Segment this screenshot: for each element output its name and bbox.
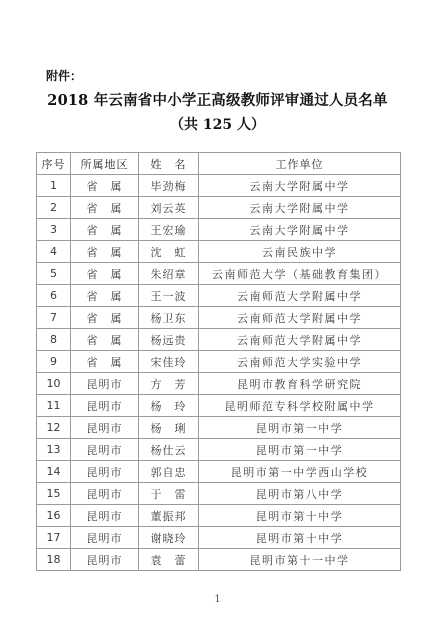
cell-name: 宋佳玲 bbox=[139, 351, 199, 373]
table-row: 15昆明市于 雷昆明市第八中学 bbox=[37, 483, 401, 505]
cell-work-unit: 昆明市第一中学西山学校 bbox=[199, 461, 401, 483]
cell-name: 郭自忠 bbox=[139, 461, 199, 483]
cell-name: 朱绍章 bbox=[139, 263, 199, 285]
cell-region: 省 属 bbox=[71, 329, 139, 351]
header-work-unit: 工作单位 bbox=[199, 153, 401, 175]
table-row: 14昆明市郭自忠昆明市第一中学西山学校 bbox=[37, 461, 401, 483]
cell-serial-number: 6 bbox=[37, 285, 71, 307]
cell-region: 省 属 bbox=[71, 263, 139, 285]
cell-serial-number: 3 bbox=[37, 219, 71, 241]
cell-region: 昆明市 bbox=[71, 373, 139, 395]
cell-name: 方 芳 bbox=[139, 373, 199, 395]
page-number: 1 bbox=[0, 594, 435, 605]
cell-work-unit: 云南大学附属中学 bbox=[199, 197, 401, 219]
cell-work-unit: 云南大学附属中学 bbox=[199, 219, 401, 241]
cell-serial-number: 4 bbox=[37, 241, 71, 263]
cell-serial-number: 18 bbox=[37, 549, 71, 571]
cell-serial-number: 2 bbox=[37, 197, 71, 219]
table-row: 18昆明市袁 蕾昆明市第十一中学 bbox=[37, 549, 401, 571]
cell-region: 昆明市 bbox=[71, 549, 139, 571]
table-row: 9省 属宋佳玲云南师范大学实验中学 bbox=[37, 351, 401, 373]
cell-work-unit: 云南师范大学（基础教育集团） bbox=[199, 263, 401, 285]
cell-region: 昆明市 bbox=[71, 395, 139, 417]
cell-serial-number: 12 bbox=[37, 417, 71, 439]
cell-name: 杨 琍 bbox=[139, 417, 199, 439]
cell-serial-number: 8 bbox=[37, 329, 71, 351]
cell-name: 谢晓玲 bbox=[139, 527, 199, 549]
cell-name: 王一波 bbox=[139, 285, 199, 307]
cell-serial-number: 11 bbox=[37, 395, 71, 417]
table-row: 2省 属刘云英云南大学附属中学 bbox=[37, 197, 401, 219]
cell-name: 于 雷 bbox=[139, 483, 199, 505]
cell-serial-number: 10 bbox=[37, 373, 71, 395]
cell-region: 昆明市 bbox=[71, 439, 139, 461]
table-header-row: 序号 所属地区 姓 名 工作单位 bbox=[37, 153, 401, 175]
cell-work-unit: 云南师范大学附属中学 bbox=[199, 307, 401, 329]
cell-region: 省 属 bbox=[71, 307, 139, 329]
cell-serial-number: 1 bbox=[37, 175, 71, 197]
table-row: 3省 属王宏瑜云南大学附属中学 bbox=[37, 219, 401, 241]
table-row: 4省 属沈 虹云南民族中学 bbox=[37, 241, 401, 263]
cell-work-unit: 云南民族中学 bbox=[199, 241, 401, 263]
cell-serial-number: 9 bbox=[37, 351, 71, 373]
cell-name: 董振邦 bbox=[139, 505, 199, 527]
cell-serial-number: 16 bbox=[37, 505, 71, 527]
cell-work-unit: 云南师范大学附属中学 bbox=[199, 285, 401, 307]
attachment-label: 附件： bbox=[46, 67, 82, 84]
table-row: 5省 属朱绍章云南师范大学（基础教育集团） bbox=[37, 263, 401, 285]
cell-name: 杨卫东 bbox=[139, 307, 199, 329]
cell-region: 昆明市 bbox=[71, 505, 139, 527]
document-title: 2018 年云南省中小学正高级教师评审通过人员名单 bbox=[0, 89, 435, 110]
cell-serial-number: 7 bbox=[37, 307, 71, 329]
cell-name: 王宏瑜 bbox=[139, 219, 199, 241]
cell-work-unit: 昆明市第八中学 bbox=[199, 483, 401, 505]
table-row: 6省 属王一波云南师范大学附属中学 bbox=[37, 285, 401, 307]
cell-region: 昆明市 bbox=[71, 527, 139, 549]
table-row: 17昆明市谢晓玲昆明市第十中学 bbox=[37, 527, 401, 549]
cell-region: 省 属 bbox=[71, 197, 139, 219]
table-row: 10昆明市方 芳昆明市教育科学研究院 bbox=[37, 373, 401, 395]
cell-name: 杨远贵 bbox=[139, 329, 199, 351]
table-row: 11昆明市杨 玲昆明师范专科学校附属中学 bbox=[37, 395, 401, 417]
cell-serial-number: 15 bbox=[37, 483, 71, 505]
cell-work-unit: 云南师范大学实验中学 bbox=[199, 351, 401, 373]
table-row: 7省 属杨卫东云南师范大学附属中学 bbox=[37, 307, 401, 329]
cell-work-unit: 云南师范大学附属中学 bbox=[199, 329, 401, 351]
cell-name: 毕劲梅 bbox=[139, 175, 199, 197]
header-name: 姓 名 bbox=[139, 153, 199, 175]
cell-name: 杨 玲 bbox=[139, 395, 199, 417]
cell-work-unit: 昆明市第十中学 bbox=[199, 505, 401, 527]
cell-work-unit: 昆明市第一中学 bbox=[199, 439, 401, 461]
cell-work-unit: 昆明师范专科学校附属中学 bbox=[199, 395, 401, 417]
table-row: 12昆明市杨 琍昆明市第一中学 bbox=[37, 417, 401, 439]
cell-work-unit: 昆明市教育科学研究院 bbox=[199, 373, 401, 395]
table-row: 13昆明市杨仕云昆明市第一中学 bbox=[37, 439, 401, 461]
cell-serial-number: 17 bbox=[37, 527, 71, 549]
cell-serial-number: 14 bbox=[37, 461, 71, 483]
cell-region: 昆明市 bbox=[71, 417, 139, 439]
cell-serial-number: 5 bbox=[37, 263, 71, 285]
cell-region: 省 属 bbox=[71, 351, 139, 373]
table-row: 8省 属杨远贵云南师范大学附属中学 bbox=[37, 329, 401, 351]
cell-name: 袁 蕾 bbox=[139, 549, 199, 571]
table-row: 16昆明市董振邦昆明市第十中学 bbox=[37, 505, 401, 527]
cell-name: 沈 虹 bbox=[139, 241, 199, 263]
cell-serial-number: 13 bbox=[37, 439, 71, 461]
document-subtitle: （共 125 人） bbox=[0, 114, 435, 134]
cell-region: 省 属 bbox=[71, 285, 139, 307]
cell-name: 刘云英 bbox=[139, 197, 199, 219]
cell-name: 杨仕云 bbox=[139, 439, 199, 461]
cell-region: 省 属 bbox=[71, 175, 139, 197]
table-row: 1省 属毕劲梅云南大学附属中学 bbox=[37, 175, 401, 197]
cell-work-unit: 昆明市第十中学 bbox=[199, 527, 401, 549]
cell-region: 省 属 bbox=[71, 241, 139, 263]
cell-work-unit: 云南大学附属中学 bbox=[199, 175, 401, 197]
cell-work-unit: 昆明市第一中学 bbox=[199, 417, 401, 439]
personnel-table: 序号 所属地区 姓 名 工作单位 1省 属毕劲梅云南大学附属中学2省 属刘云英云… bbox=[36, 152, 401, 571]
cell-work-unit: 昆明市第十一中学 bbox=[199, 549, 401, 571]
cell-region: 昆明市 bbox=[71, 461, 139, 483]
cell-region: 昆明市 bbox=[71, 483, 139, 505]
header-region: 所属地区 bbox=[71, 153, 139, 175]
header-serial-number: 序号 bbox=[37, 153, 71, 175]
cell-region: 省 属 bbox=[71, 219, 139, 241]
